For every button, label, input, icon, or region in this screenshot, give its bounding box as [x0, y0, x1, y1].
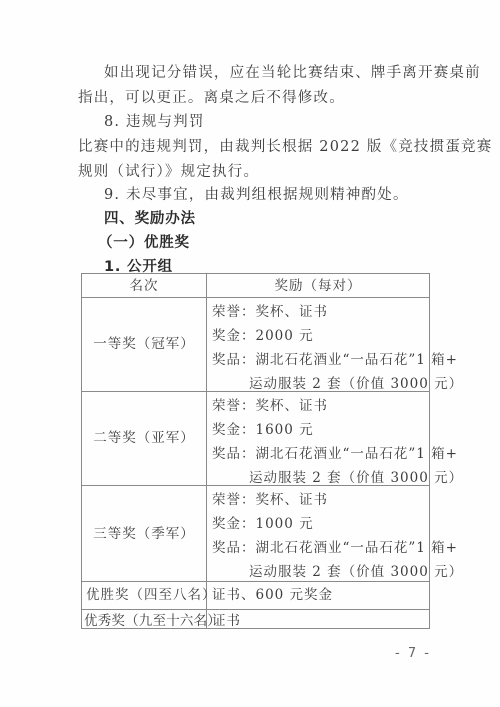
paragraph-violations-line2: 规则（试行）》规定执行。: [78, 162, 259, 182]
reward-prize-continued: 运动服装 2 套（价值 3000 元）: [249, 469, 463, 487]
column-divider: [206, 274, 207, 628]
rank-cell: 优秀奖（九至十六名）: [84, 612, 221, 630]
item-heading-violations: 8. 违规与判罚: [104, 112, 205, 132]
reward-bonus: 奖金：2000 元: [212, 327, 314, 345]
rank-cell: 一等奖（冠军）: [82, 335, 206, 353]
row-divider: [82, 609, 429, 610]
document-page: 如出现记分错误，应在当轮比赛结束、牌手离开赛桌前 指出，可以更正。离桌之后不得修…: [0, 0, 500, 707]
table-header-reward: 奖励（每对）: [207, 277, 429, 295]
paragraph-scoring-error-line2: 指出，可以更正。离桌之后不得修改。: [78, 88, 345, 108]
rank-cell: 三等奖（季军）: [82, 525, 206, 543]
awards-table: 名次 奖励（每对） 一等奖（冠军） 荣誉：奖杯、证书 奖金：2000 元 奖品：…: [81, 273, 430, 629]
reward-prize: 奖品：湖北石花酒业“一品石花”1 箱+: [212, 445, 458, 463]
table-header-rank: 名次: [82, 277, 206, 295]
reward-cell: 证书、600 元奖金: [212, 586, 333, 604]
reward-prize: 奖品：湖北石花酒业“一品石花”1 箱+: [212, 351, 458, 369]
row-divider: [82, 581, 429, 582]
rank-cell: 二等奖（亚军）: [82, 429, 206, 447]
reward-honor: 荣誉：奖杯、证书: [212, 491, 328, 509]
section-heading-rewards: 四、奖励办法: [104, 209, 196, 229]
reward-cell: 证书: [212, 612, 241, 630]
reward-prize: 奖品：湖北石花酒业“一品石花”1 箱+: [212, 539, 458, 557]
page-number: - 7 -: [395, 646, 431, 661]
reward-prize-continued: 运动服装 2 套（价值 3000 元）: [249, 563, 463, 581]
row-divider: [82, 297, 429, 298]
paragraph-unresolved-matters: 9. 未尽事宜，由裁判组根据规则精神酌处。: [104, 185, 409, 205]
reward-bonus: 奖金：1000 元: [212, 515, 314, 533]
rank-cell: 优胜奖（四至八名）: [86, 586, 217, 604]
reward-honor: 荣誉：奖杯、证书: [212, 397, 328, 415]
reward-prize-continued: 运动服装 2 套（价值 3000 元）: [249, 375, 463, 393]
paragraph-violations-line1: 比赛中的违规判罚，由裁判长根据 2022 版《竞技掼蛋竞赛: [78, 137, 492, 157]
reward-bonus: 奖金：1600 元: [212, 421, 314, 439]
subsection-heading-excellence-award: （一）优胜奖: [98, 233, 190, 253]
paragraph-scoring-error-line1: 如出现记分错误，应在当轮比赛结束、牌手离开赛桌前: [104, 63, 481, 83]
reward-honor: 荣誉：奖杯、证书: [212, 303, 328, 321]
